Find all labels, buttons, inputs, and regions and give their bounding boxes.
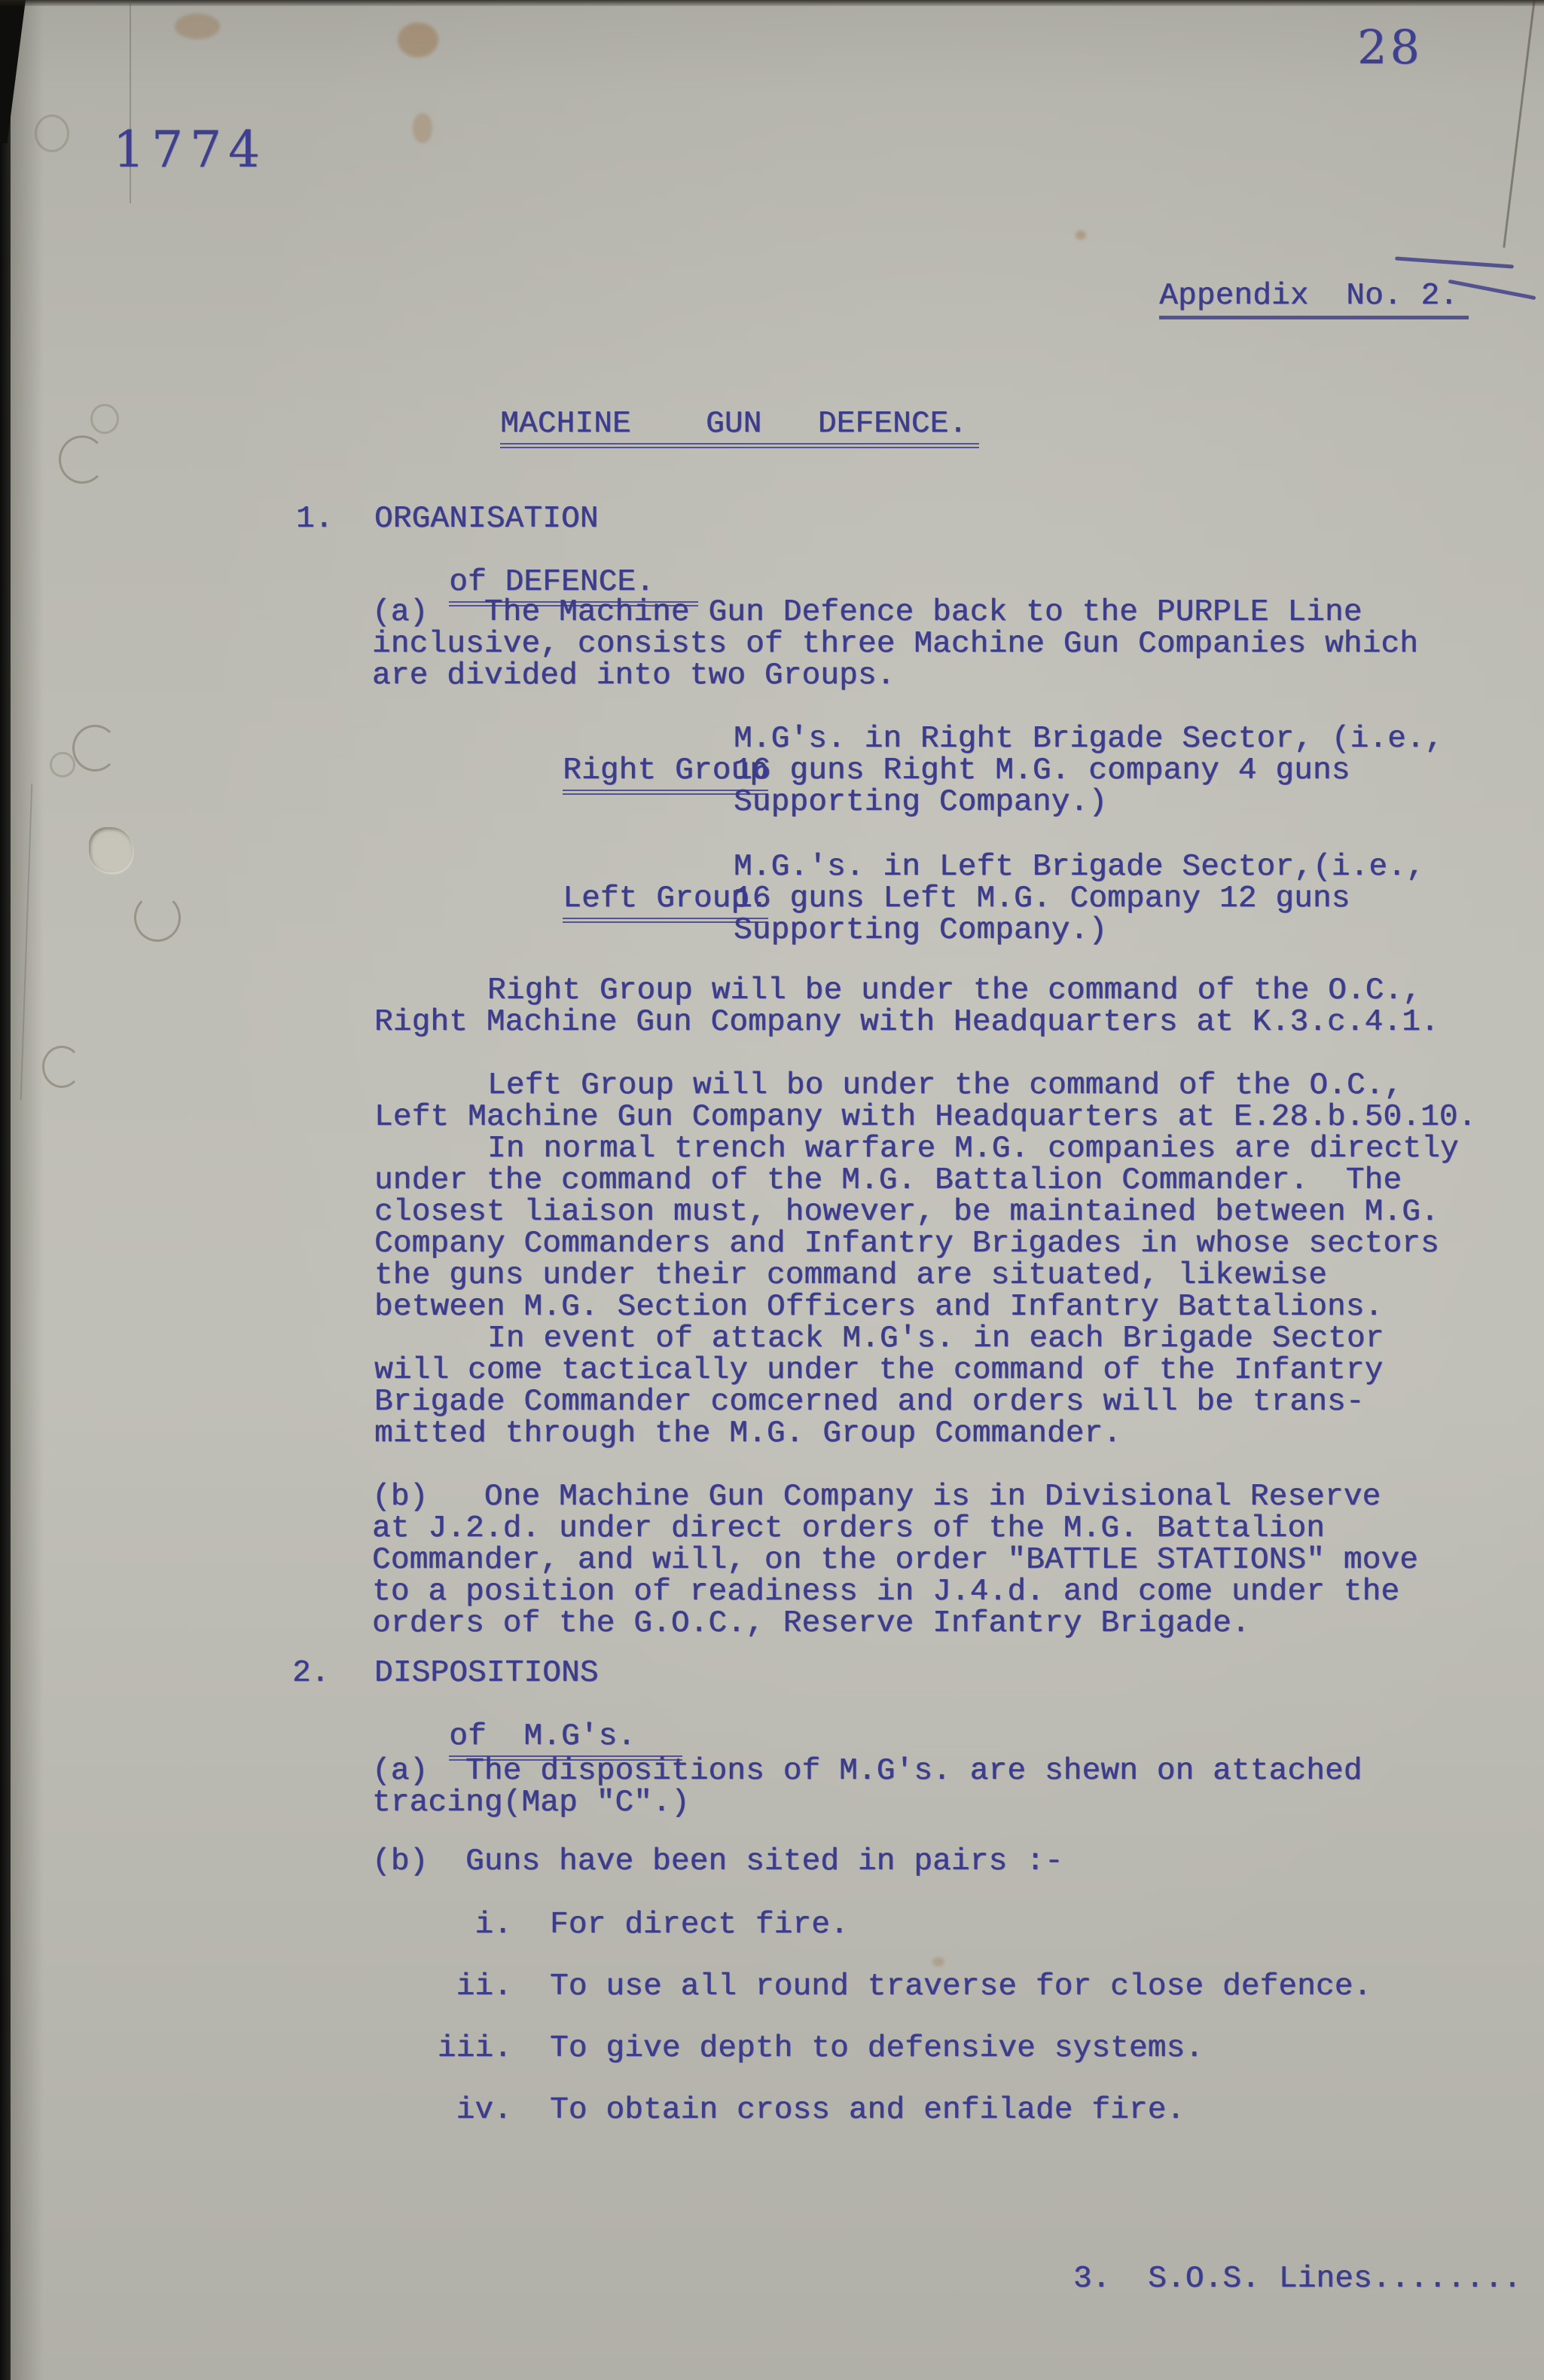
paragraph-2a: (a) The dispositions of M.G's. are shewn… [372, 1755, 1442, 1819]
paper-left-edge-shadow [11, 0, 50, 2380]
list-item-text: For direct fire. [550, 1909, 849, 1941]
section2-heading-line1: DISPOSITIONS [374, 1657, 599, 1689]
list-item-ii: ii. To use all round traverse for close … [377, 1971, 1372, 2003]
paragraph-right-command: Right Group will be under the command of… [374, 975, 1489, 1038]
list-item-iii: iii. To give depth to defensive systems. [377, 2033, 1204, 2064]
punch-hole-mark [90, 404, 119, 434]
stain [413, 113, 432, 143]
stain [932, 1957, 944, 1966]
scanned-document-page: 1774 28 Appendix No. 2. MACHINE GUN DEFE… [0, 0, 1544, 2380]
paragraph-1a: (a) The Machine Gun Defence back to the … [372, 597, 1442, 692]
paragraph-event-of-attack: In event of attack M.G's. in each Brigad… [374, 1323, 1489, 1450]
paragraph-2b: (b) Guns have been sited in pairs :- [372, 1846, 1442, 1877]
punch-hole-mark [59, 435, 105, 484]
stain [1076, 231, 1086, 240]
section1-heading-line1: ORGANISATION [374, 503, 599, 535]
right-group-text: M.G's. in Right Brigade Sector, (i.e., 1… [734, 723, 1487, 818]
punch-hole [89, 827, 133, 872]
file-number-stamp: 1774 [113, 121, 267, 179]
stain [398, 23, 438, 57]
punch-hole-mark [50, 752, 75, 778]
list-item-text: To use all round traverse for close defe… [550, 1971, 1372, 2003]
list-item-number: ii. [377, 1971, 512, 2003]
list-item-text: To give depth to defensive systems. [550, 2033, 1204, 2064]
document-title: MACHINE GUN DEFENCE. [426, 377, 979, 472]
list-item-text: To obtain cross and enfilade fire. [550, 2094, 1185, 2126]
paper-crease-top-right [1503, 0, 1536, 248]
section1-number: 1. [296, 503, 334, 535]
appendix-heading: Appendix No. 2. [1085, 249, 1469, 344]
paper-left-edge [0, 0, 11, 2380]
list-item-i: i. For direct fire. [377, 1909, 849, 1941]
right-group-label: Right Group [488, 723, 768, 818]
document-title-text: MACHINE GUN DEFENCE. [500, 407, 979, 448]
paragraph-left-command: Left Group will bo under the command of … [374, 1070, 1504, 1133]
punch-hole-mark [134, 894, 181, 942]
left-group-text: M.G.'s. in Left Brigade Sector,(i.e., 16… [734, 851, 1487, 946]
punch-hole-mark [72, 725, 117, 771]
list-item-iv: iv. To obtain cross and enfilade fire. [377, 2094, 1185, 2126]
page-number-stamp: 28 [1357, 20, 1423, 75]
continuation-line: 3. S.O.S. Lines........ [1073, 2263, 1521, 2295]
appendix-heading-text: Appendix No. 2. [1159, 279, 1469, 319]
paper-top-edge [0, 0, 1544, 6]
paragraph-normal-warfare: In normal trench warfare M.G. companies … [374, 1133, 1489, 1323]
list-item-number: iv. [377, 2094, 512, 2126]
section2-number: 2. [292, 1657, 330, 1689]
list-item-number: iii. [377, 2033, 512, 2064]
left-group-label: Left Group. [488, 851, 768, 946]
punch-hole-mark [42, 1046, 81, 1088]
paragraph-1b: (b) One Machine Gun Company is in Divisi… [372, 1481, 1472, 1639]
punch-hole-mark [35, 115, 69, 152]
list-item-number: i. [377, 1909, 512, 1941]
stain [175, 14, 220, 39]
